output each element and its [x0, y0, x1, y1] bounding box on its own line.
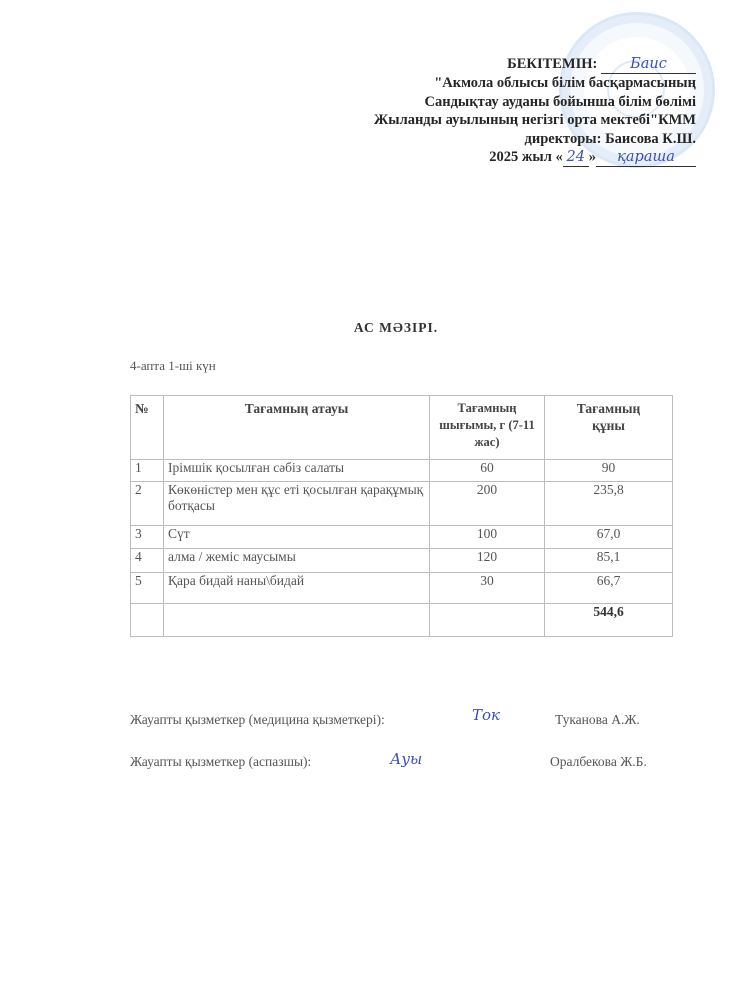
total-price: 544,6 [545, 604, 673, 637]
date-day-line: 24 [563, 148, 589, 167]
row-price: 90 [545, 460, 673, 482]
row-num: 3 [131, 526, 164, 549]
total-empty [430, 604, 545, 637]
table-total-row: 544,6 [131, 604, 673, 637]
date-month-line: қараша [596, 148, 696, 167]
staff-name-cook: Оралбекова Ж.Б. [550, 754, 647, 770]
row-name: Қара бидай наны\бидай [164, 573, 430, 604]
table-header-row: № Тағамның атауы Тағамның шығымы, г (7-1… [131, 396, 673, 460]
table-row: 2 Көкөністер мен құс еті қосылған қарақұ… [131, 482, 673, 526]
row-price: 235,8 [545, 482, 673, 526]
approval-heading: БЕКІТЕМІН: [507, 56, 597, 72]
row-price: 67,0 [545, 526, 673, 549]
row-name: Көкөністер мен құс еті қосылған қарақұмы… [164, 482, 430, 526]
row-price: 85,1 [545, 549, 673, 573]
row-qty: 100 [430, 526, 545, 549]
row-num: 2 [131, 482, 164, 526]
total-empty [164, 604, 430, 637]
director-signature: Баис [630, 56, 667, 72]
row-num: 4 [131, 549, 164, 573]
header-qty: Тағамның шығымы, г (7-11 жас) [430, 396, 545, 460]
row-qty: 120 [430, 549, 545, 573]
row-qty: 200 [430, 482, 545, 526]
row-name: Ірімшік қосылған сәбіз салаты [164, 460, 430, 482]
cook-signature: Ауы [390, 750, 422, 768]
row-qty: 30 [430, 573, 545, 604]
total-empty [131, 604, 164, 637]
approval-line: "Акмола облысы білім басқармасының [374, 74, 696, 92]
approval-date: 2025 жыл «24»қараша [374, 148, 696, 167]
page-title: АС МӘЗІРІ. [0, 320, 732, 336]
table-row: 4 алма / жеміс маусымы 120 85,1 [131, 549, 673, 573]
date-prefix: 2025 жыл « [489, 149, 562, 165]
approval-line: Жыланды ауылының негізгі орта мектебі"КМ… [374, 111, 696, 129]
director-signature-line: Баис [601, 55, 696, 74]
approval-heading-line: БЕКІТЕМІН: Баис [374, 55, 696, 74]
header-name: Тағамның атауы [164, 396, 430, 460]
row-num: 1 [131, 460, 164, 482]
row-name: алма / жеміс маусымы [164, 549, 430, 573]
staff-name-medical: Туканова А.Ж. [555, 712, 640, 728]
menu-subtitle: 4-апта 1-ші күн [130, 358, 216, 374]
header-price: Тағамның құны [545, 396, 673, 460]
table-row: 1 Ірімшік қосылған сәбіз салаты 60 90 [131, 460, 673, 482]
table-row: 3 Сүт 100 67,0 [131, 526, 673, 549]
row-num: 5 [131, 573, 164, 604]
date-month: қараша [617, 149, 675, 165]
row-qty: 60 [430, 460, 545, 482]
row-price: 66,7 [545, 573, 673, 604]
approval-line: Сандықтау ауданы бойынша білім бөлімі [374, 93, 696, 111]
row-name: Сүт [164, 526, 430, 549]
page-title-text: АС МӘЗІРІ. [354, 320, 438, 335]
approval-block: БЕКІТЕМІН: Баис "Акмола облысы білім бас… [374, 55, 696, 167]
staff-role-medical: Жауапты қызметкер (медицина қызметкері): [130, 712, 385, 728]
staff-role-cook: Жауапты қызметкер (аспазшы): [130, 754, 311, 770]
date-mid: » [589, 149, 596, 165]
table-row: 5 Қара бидай наны\бидай 30 66,7 [131, 573, 673, 604]
menu-table: № Тағамның атауы Тағамның шығымы, г (7-1… [130, 395, 673, 637]
approval-director: директоры: Баисова К.Ш. [374, 130, 696, 148]
header-num: № [131, 396, 164, 460]
date-day: 24 [567, 149, 585, 165]
medical-signature: Ток [472, 706, 500, 724]
